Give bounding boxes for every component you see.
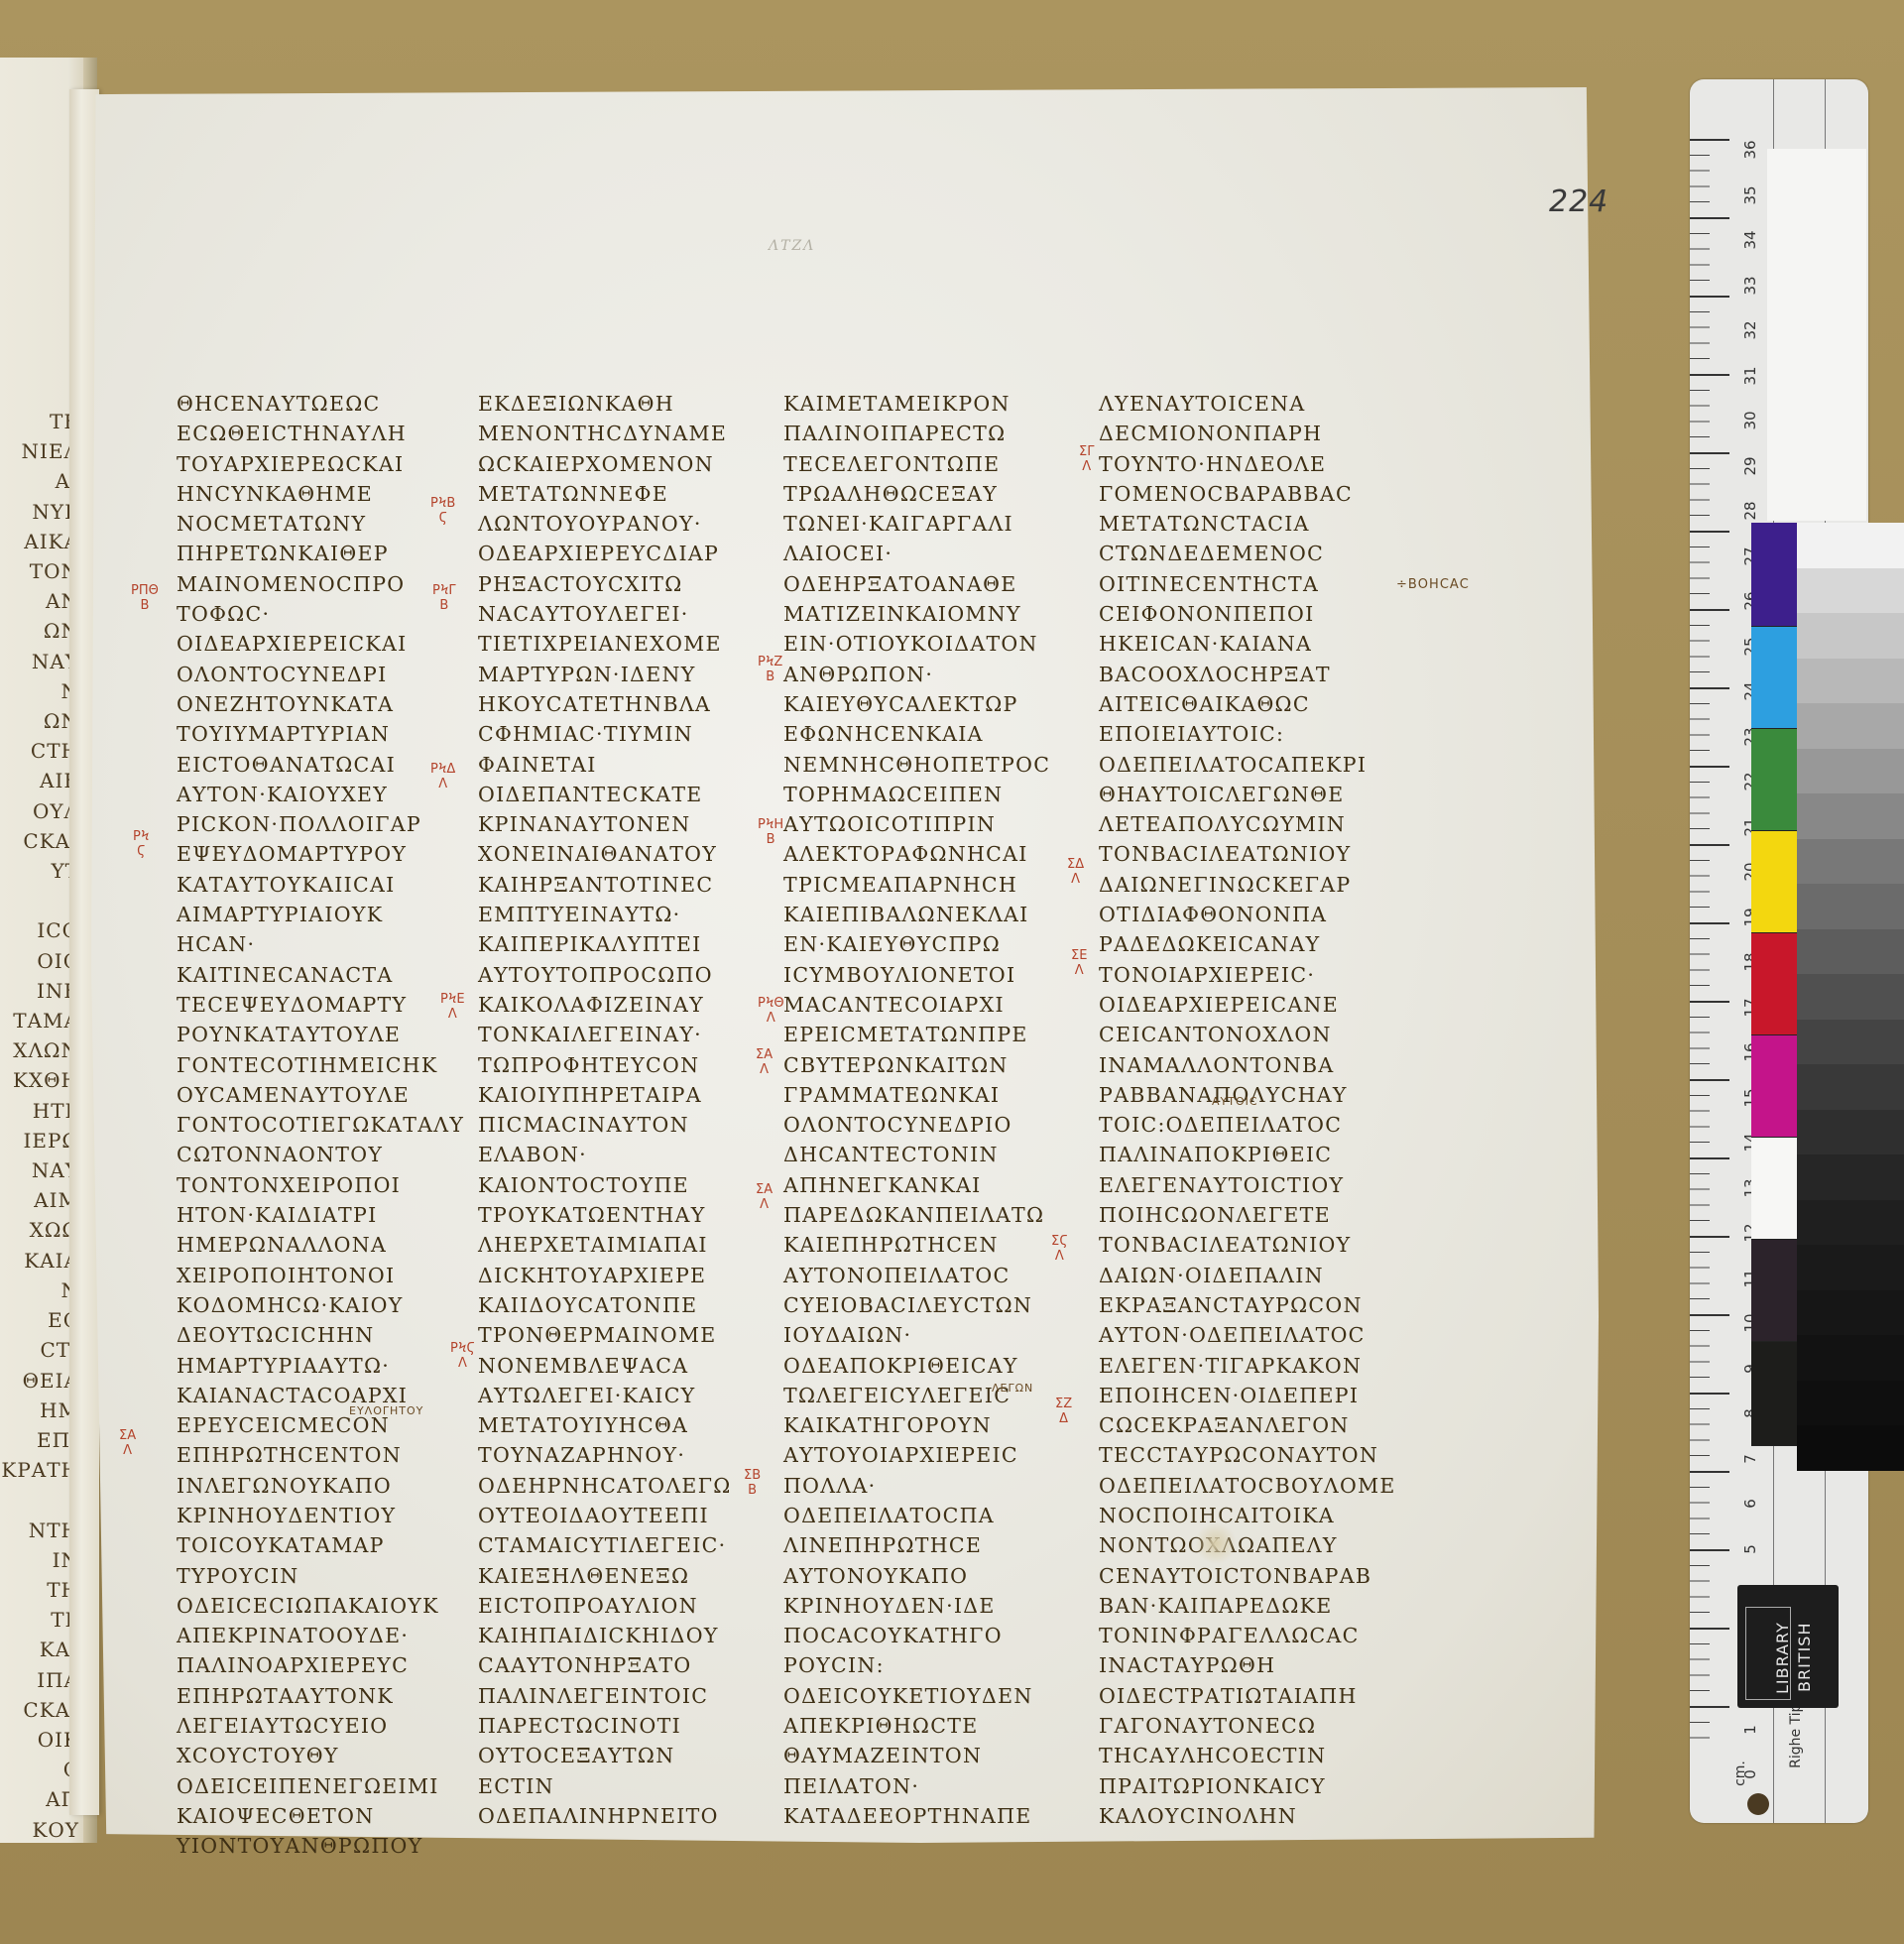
rubric-section-number: ΣΑΛ — [756, 1047, 773, 1077]
white-reference-card — [1767, 149, 1866, 521]
left-page-line: ϹΚΑΙ — [0, 826, 79, 856]
manuscript-line: ΕΝ·ΚΑΙΕΥΘΥϹΠΡΩ — [783, 929, 1050, 959]
manuscript-line: ΑΙΤΕΙϹΘΑΙΚΑΘΩϹ — [1099, 689, 1396, 719]
ruler-number: 33 — [1741, 273, 1759, 299]
manuscript-line: ΑΥΤΟΝΟΠΕΙΛΑΤΟϹ — [783, 1261, 1050, 1290]
manuscript-line: ΕΠΗΡΩΤΑΑΥΤΟΝΚ — [177, 1681, 464, 1711]
left-page-line: ΥΤ — [0, 856, 79, 886]
manuscript-line: ΜΕΤΑΤΟΥΙΥΗϹΘΑ — [478, 1410, 732, 1440]
manuscript-line: ΟΔΕΠΕΙΛΑΤΟϹΒΟΥΛΟΜΕ — [1099, 1471, 1396, 1501]
left-page-line: ΤΟΝ — [0, 556, 79, 586]
manuscript-line: ΝΑϹΑΥΤΟΥΛΕΓΕΙ· — [478, 599, 732, 629]
manuscript-line: ΚΑΛΟΥϹΙΝΟΛΗΝ — [1099, 1801, 1396, 1831]
british-library-label: BRITISH LIBRARY — [1737, 1585, 1839, 1708]
marginal-gloss-bottom: ΕΥΛΟΓΗΤΟΥ — [349, 1404, 423, 1417]
manuscript-line: ΧΕΙΡΟΠΟΙΗΤΟΝΟΙ — [177, 1261, 464, 1290]
manuscript-line: ΠΑΛΙΝΑΠΟΚΡΙΘΕΙϹ — [1099, 1140, 1396, 1169]
gray-step — [1797, 1020, 1904, 1065]
rubric-section-number: ΡϞΔΛ — [430, 762, 455, 791]
label-text-british: BRITISH — [1795, 1623, 1814, 1693]
color-patch — [1751, 933, 1803, 1035]
left-page-line: ΧΛΩΝ — [0, 1035, 79, 1065]
manuscript-line: ΕΙϹΤΟΘΑΝΑΤΩϹΑΙ — [177, 750, 464, 780]
manuscript-line: ΦΑΙΝΕΤΑΙ — [478, 750, 732, 780]
color-patch — [1751, 729, 1803, 831]
gray-step — [1797, 1335, 1904, 1381]
manuscript-line: ΑΥΤΟΝΟΥΚΑΠΟ — [783, 1561, 1050, 1591]
left-page-line: ΤΑΜΑ — [0, 1006, 79, 1035]
left-page-line: ϹΚΑΙ — [0, 1695, 79, 1725]
manuscript-line: ΟΝΕΖΗΤΟΥΝΚΑΤΑ — [177, 689, 464, 719]
manuscript-line: ΟΥΤΕΟΙΔΑΟΥΤΕΕΠΙ — [478, 1501, 732, 1530]
manuscript-line: ΚΑΙΚΑΤΗΓΟΡΟΥΝ — [783, 1410, 1050, 1440]
manuscript-line: ΙΝΑΜΑΛΛΟΝΤΟΝΒΑ — [1099, 1050, 1396, 1080]
ruler-number: 34 — [1741, 227, 1759, 253]
left-page-line: ΑΙ — [0, 466, 79, 496]
left-page-line: ΗΜ — [0, 1396, 79, 1425]
manuscript-line: ΝΟΝΕΜΒΛΕΨΑϹΑ — [478, 1351, 732, 1381]
manuscript-line: ΔΑΙΩΝΕΓΙΝΩϹΚΕΓΑΡ — [1099, 870, 1396, 900]
manuscript-line: ϹΕΝΑΥΤΟΙϹΤΟΝΒΑΡΑΒ — [1099, 1561, 1396, 1591]
manuscript-line: ΗΜΑΡΤΥΡΙΑΑΥΤΩ· — [177, 1351, 464, 1381]
gray-step — [1797, 703, 1904, 749]
manuscript-line: ΔΑΙΩΝ·ΟΙΔΕΠΑΛΙΝ — [1099, 1261, 1396, 1290]
left-page-line: ΕΠΙ — [0, 1425, 79, 1455]
manuscript-line: ΠΑΛΙΝΟΙΠΑΡΕϹΤΩ — [783, 419, 1050, 448]
manuscript-line: ΤΟΝΙΝΦΡΑΓΕΛΛΩϹΑϹ — [1099, 1621, 1396, 1650]
interlinear-gloss-col3: ΛΕΓΩΝ — [992, 1382, 1033, 1395]
manuscript-line: ΑΥΤΩΛΕΓΕΙ·ΚΑΙϹΥ — [478, 1381, 732, 1410]
gray-step — [1797, 1110, 1904, 1155]
manuscript-line: ΛΗΕΡΧΕΤΑΙΜΙΑΠΑΙ — [478, 1230, 732, 1260]
left-page-line: ΑΙΜ — [0, 1185, 79, 1215]
ruler-number: 32 — [1741, 317, 1759, 343]
manuscript-line: ΗϹΑΝ· — [177, 929, 464, 959]
rubric-section-number: ΡϞΒϚ — [430, 496, 455, 526]
manuscript-line: ΤΡΟΥΚΑΤΩΕΝΤΗΑΥ — [478, 1200, 732, 1230]
manuscript-line: ΙΝΑϹΤΑΥΡΩΘΗ — [1099, 1650, 1396, 1680]
left-page-line: ΙϹΟ — [0, 915, 79, 945]
manuscript-line: ΚΑΙΠΕΡΙΚΑΛΥΠΤΕΙ — [478, 929, 732, 959]
manuscript-line: ΤΗϹΑΥΛΗϹΟΕϹΤΙΝ — [1099, 1741, 1396, 1770]
manuscript-line: ΠΑΡΕΔΩΚΑΝΠΕΙΛΑΤΩ — [783, 1200, 1050, 1230]
rubric-section-number: ΣΔΛ — [1067, 857, 1084, 887]
manuscript-line: ΕΨΕΥΔΟΜΑΡΤΥΡΟΥ — [177, 839, 464, 869]
ruler-secondary-label: Righe Tip. — [1788, 1699, 1804, 1768]
manuscript-line: ΑΠΕΚΡΙΘΗΩϹΤΕ — [783, 1711, 1050, 1741]
left-page-line: Ϲ — [0, 1755, 79, 1784]
manuscript-line: ΠΙϹΜΑϹΙΝΑΥΤΟΝ — [478, 1110, 732, 1140]
ruler-number: 6 — [1741, 1491, 1759, 1517]
left-page-line: ΝΥΓ — [0, 497, 79, 527]
manuscript-line: ΑΥΤΟΥΟΙΑΡΧΙΕΡΕΙϹ — [783, 1440, 1050, 1470]
ruler-number: 36 — [1741, 137, 1759, 163]
manuscript-line: ΟΛΟΝΤΟϹΥΝΕΔΡΙ — [177, 660, 464, 689]
text-column-4: ΛΥΕΝΑΥΤΟΙϹΕΝΑΔΕϹΜΙΟΝΟΝΠΑΡΗΤΟΥΝΤΟ·ΗΝΔΕΟΛΕ… — [1099, 389, 1396, 1831]
manuscript-line: ϹΕΙϹΑΝΤΟΝΟΧΛΟΝ — [1099, 1020, 1396, 1049]
manuscript-line: ΠΑΛΙΝΟΑΡΧΙΕΡΕΥϹ — [177, 1650, 464, 1680]
left-page-line: ΤΡ — [0, 1605, 79, 1635]
ruler-major-ticks — [1690, 139, 1749, 1746]
manuscript-line: ΕϹΩΘΕΙϹΤΗΝΑΥΛΗ — [177, 419, 464, 448]
manuscript-line: ΚΑΙΤΙΝΕϹΑΝΑϹΤΑ — [177, 960, 464, 990]
manuscript-line: ΟΔΕΙϹΕϹΙΩΠΑΚΑΙΟΥΚ — [177, 1591, 464, 1621]
left-page-line: ΝΑΥ — [0, 1155, 79, 1185]
manuscript-line: ΝΟϹΜΕΤΑΤΩΝΥ — [177, 509, 464, 539]
text-column-3: ΚΑΙΜΕΤΑΜΕΙΚΡΟΝΠΑΛΙΝΟΙΠΑΡΕϹΤΩΤΕϹΕΛΕΓΟΝΤΩΠ… — [783, 389, 1050, 1831]
manuscript-line: ΛΕΤΕΑΠΟΛΥϹΩΥΜΙΝ — [1099, 809, 1396, 839]
manuscript-line: ϹΤΑΜΑΙϹΥΤΙΛΕΓΕΙϹ· — [478, 1530, 732, 1560]
manuscript-line: ΟΔΕΗΡΞΑΤΟΑΝΑΘΕ — [783, 569, 1050, 599]
gray-step — [1797, 613, 1904, 659]
manuscript-line: ΚΑΙΕΥΘΥϹΑΛΕΚΤΩΡ — [783, 689, 1050, 719]
rubric-section-number: ΡΠΘΒ — [131, 583, 159, 613]
manuscript-line: ΕΡΕΙϹΜΕΤΑΤΩΝΠΡΕ — [783, 1020, 1050, 1049]
manuscript-line: ΚΡΙΝΗΟΥΔΕΝΤΙΟΥ — [177, 1501, 464, 1530]
manuscript-line: ϹΒΥΤΕΡΩΝΚΑΙΤΩΝ — [783, 1050, 1050, 1080]
gray-step — [1797, 793, 1904, 839]
left-page-line: ΝΙΕΛ — [0, 436, 79, 466]
manuscript-line: ΝΟΝΤΩΟΧΛΩΑΠΕΛΥ — [1099, 1530, 1396, 1560]
manuscript-line: ΠΡΑΙΤΩΡΙΟΝΚΑΙϹΥ — [1099, 1771, 1396, 1801]
ruler-number: 30 — [1741, 408, 1759, 433]
rubric-section-number: ΡϞΗΒ — [758, 817, 783, 847]
manuscript-line: ΚΟΔΟΜΗϹΩ·ΚΑΙΟΥ — [177, 1290, 464, 1320]
rubric-section-number: ΡϞϚ — [133, 829, 149, 859]
left-page-line: ΚΧΘΗ — [0, 1065, 79, 1095]
manuscript-line: ΟΔΕΗΡΝΗϹΑΤΟΛΕΓΩ — [478, 1471, 732, 1501]
manuscript-line: ΑΥΤΟΝ·ΟΔΕΠΕΙΛΑΤΟϹ — [1099, 1320, 1396, 1350]
ruler-number: 29 — [1741, 453, 1759, 479]
manuscript-line: ΠΗΡΕΤΩΝΚΑΙΘΕΡ — [177, 539, 464, 568]
manuscript-line: ΚΑΙΙΔΟΥϹΑΤΟΝΠΕ — [478, 1290, 732, 1320]
manuscript-line: ΘΑΥΜΑΖΕΙΝΤΟΝ — [783, 1741, 1050, 1770]
left-page-line: ΤΗ — [0, 1575, 79, 1605]
manuscript-line: ΚΡΙΝΗΟΥΔΕΝ·ΙΔΕ — [783, 1591, 1050, 1621]
manuscript-line: ΡΟΥΝΚΑΤΑΥΤΟΥΛΕ — [177, 1020, 464, 1049]
left-page-line: ϹΤΙ — [0, 1335, 79, 1365]
manuscript-line: ΗΚΟΥϹΑΤΕΤΗΝΒΛΑ — [478, 689, 732, 719]
left-page-line: ΚΑΙΑ — [0, 1246, 79, 1276]
manuscript-line: ΧΟΝΕΙΝΑΙΘΑΝΑΤΟΥ — [478, 839, 732, 869]
gray-step — [1797, 1381, 1904, 1426]
manuscript-line: ΟΛΟΝΤΟϹΥΝΕΔΡΙΟ — [783, 1110, 1050, 1140]
manuscript-line: ΟΥΤΟϹΕΞΑΥΤΩΝ — [478, 1741, 732, 1770]
gray-step — [1797, 749, 1904, 794]
manuscript-line: ΟΔΕΠΕΙΛΑΤΟϹΑΠΕΚΡΙ — [1099, 750, 1396, 780]
manuscript-line: ΤΟΝΚΑΙΛΕΓΕΙΝΑΥ· — [478, 1020, 732, 1049]
manuscript-line: ΕϹΤΙΝ — [478, 1771, 732, 1801]
manuscript-line: ΜΑΙΝΟΜΕΝΟϹΠΡΟ — [177, 569, 464, 599]
faint-top-mark: ΛΤΖΛ — [769, 238, 815, 254]
manuscript-line: ΓΟΜΕΝΟϹΒΑΡΑΒΒΑϹ — [1099, 479, 1396, 509]
left-page-line: ΚΑΙ — [0, 1635, 79, 1664]
manuscript-line: ΩϹΚΑΙΕΡΧΟΜΕΝΟΝ — [478, 449, 732, 479]
manuscript-line: ϹΥΕΙΟΒΑϹΙΛΕΥϹΤΩΝ — [783, 1290, 1050, 1320]
manuscript-line: ΤΟΝΒΑϹΙΛΕΑΤΩΝΙΟΥ — [1099, 839, 1396, 869]
manuscript-line: ΟΤΙΔΙΑΦΘΟΝΟΝΠΑ — [1099, 900, 1396, 929]
manuscript-line: ΗΝϹΥΝΚΑΘΗΜΕ — [177, 479, 464, 509]
manuscript-line: ΒΑΝ·ΚΑΙΠΑΡΕΔΩΚΕ — [1099, 1591, 1396, 1621]
manuscript-line: ΤΟΥΑΡΧΙΕΡΕΩϹΚΑΙ — [177, 449, 464, 479]
manuscript-line: ΕΚΔΕΞΙΩΝΚΑΘΗ — [478, 389, 732, 419]
manuscript-line: ΚΑΙΟΙΥΠΗΡΕΤΑΙΡΑ — [478, 1080, 732, 1110]
manuscript-line: ΧϹΟΥϹΤΟΥΘΥ — [177, 1741, 464, 1770]
left-page-line: ΚΡΑΤΗ — [0, 1455, 79, 1485]
manuscript-line: ΔΗϹΑΝΤΕϹΤΟΝΙΝ — [783, 1140, 1050, 1169]
left-page-line: ΑΙΕ — [0, 766, 79, 795]
manuscript-line: ΚΑΙΟΝΤΟϹΤΟΥΠΕ — [478, 1170, 732, 1200]
manuscript-line: ΡΑΔΕΔΩΚΕΙϹΑΝΑΥ — [1099, 929, 1396, 959]
manuscript-line: ΓΟΝΤΟϹΟΤΙΕΓΩΚΑΤΑΛΥ — [177, 1110, 464, 1140]
manuscript-line: ΤΥΡΟΥϹΙΝ — [177, 1561, 464, 1591]
gray-step — [1797, 1064, 1904, 1110]
left-page-line: ΗΤΡ — [0, 1096, 79, 1126]
manuscript-line: ΕΙϹΤΟΠΡΟΑΥΛΙΟΝ — [478, 1591, 732, 1621]
manuscript-line: ΑΥΤΟΝ·ΚΑΙΟΥΧΕΥ — [177, 780, 464, 809]
manuscript-line: ΔΕϹΜΙΟΝΟΝΠΑΡΗ — [1099, 419, 1396, 448]
left-page-line: ΑΠ — [0, 1784, 79, 1814]
folio-number: 224 — [1549, 184, 1608, 219]
manuscript-line: ΓΟΝΤΕϹΟΤΙΗΜΕΙϹΗΚ — [177, 1050, 464, 1080]
left-page-line: ΙΕΡΩ — [0, 1126, 79, 1155]
manuscript-line: ΕΠΗΡΩΤΗϹΕΝΤΟΝ — [177, 1440, 464, 1470]
gray-step — [1797, 1200, 1904, 1246]
manuscript-line: ΙϹΥΜΒΟΥΛΙΟΝΕΤΟΙ — [783, 960, 1050, 990]
manuscript-line: ΕΦΩΝΗϹΕΝΚΑΙΑ — [783, 719, 1050, 749]
manuscript-line: ΤΟΥΙΥΜΑΡΤΥΡΙΑΝ — [177, 719, 464, 749]
color-patch — [1751, 831, 1803, 933]
manuscript-line: ΕΛΕΓΕΝΑΥΤΟΙϹΤΙΟΥ — [1099, 1170, 1396, 1200]
manuscript-line: ΕΛΕΓΕΝ·ΤΙΓΑΡΚΑΚΟΝ — [1099, 1351, 1396, 1381]
manuscript-line: ΕΛΑΒΟΝ· — [478, 1140, 732, 1169]
manuscript-line: ΛΥΕΝΑΥΤΟΙϹΕΝΑ — [1099, 389, 1396, 419]
manuscript-line: ΤΟΙϹΟΥΚΑΤΑΜΑΡ — [177, 1530, 464, 1560]
rubric-section-number: ΣΒΒ — [744, 1468, 761, 1498]
manuscript-line: ΜΕΝΟΝΤΗϹΔΥΝΑΜΕ — [478, 419, 732, 448]
manuscript-line: ΑΠΗΝΕΓΚΑΝΚΑΙ — [783, 1170, 1050, 1200]
gray-step — [1797, 568, 1904, 614]
manuscript-line: ΟΔΕΑΡΧΙΕΡΕΥϹΔΙΑΡ — [478, 539, 732, 568]
manuscript-line: ΟΙΔΕΑΡΧΙΕΡΕΙϹΑΝΕ — [1099, 990, 1396, 1020]
manuscript-line: ΕΜΠΤΥΕΙΝΑΥΤΩ· — [478, 900, 732, 929]
gray-step — [1797, 523, 1904, 568]
manuscript-line: ϹΦΗΜΙΑϹ·ΤΙΥΜΙΝ — [478, 719, 732, 749]
manuscript-line: ΟΙΤΙΝΕϹΕΝΤΗϹΤΑ — [1099, 569, 1396, 599]
manuscript-line: ΓΑΓΟΝΑΥΤΟΝΕϹΩ — [1099, 1711, 1396, 1741]
rubric-section-number: ΣϚΛ — [1051, 1234, 1068, 1264]
rubric-section-number: ΡϞϚΛ — [450, 1341, 475, 1371]
manuscript-line: ΤΙΕΤΙΧΡΕΙΑΝΕΧΟΜΕ — [478, 629, 732, 659]
left-page-line: ΑΙΚΑ — [0, 527, 79, 556]
ruler-number: 35 — [1741, 182, 1759, 208]
ruler-number: 7 — [1741, 1446, 1759, 1472]
gray-step — [1797, 1290, 1904, 1336]
manuscript-line: ΜΑΤΙΖΕΙΝΚΑΙΟΜΝΥ — [783, 599, 1050, 629]
manuscript-line: ϹΩΤΟΝΝΑΟΝΤΟΥ — [177, 1140, 464, 1169]
manuscript-line: ΑΝΘΡΩΠΟΝ· — [783, 660, 1050, 689]
manuscript-line: ΟΥϹΑΜΕΝΑΥΤΟΥΛΕ — [177, 1080, 464, 1110]
manuscript-line: ΟΙΔΕϹΤΡΑΤΙΩΤΑΙΑΠΗ — [1099, 1681, 1396, 1711]
manuscript-line: ΛΩΝΤΟΥΟΥΡΑΝΟΥ· — [478, 509, 732, 539]
left-page-line: ΤΕ — [0, 407, 79, 436]
gray-step — [1797, 839, 1904, 885]
color-patch — [1751, 1138, 1803, 1240]
manuscript-line: ΛΙΝΕΠΗΡΩΤΗϹΕ — [783, 1530, 1050, 1560]
manuscript-line: ΥΙΟΝΤΟΥΑΝΘΡΩΠΟΥ — [177, 1831, 464, 1861]
manuscript-line: ΠΟϹΑϹΟΥΚΑΤΗΓΟ — [783, 1621, 1050, 1650]
manuscript-line: ΟΙΔΕΠΑΝΤΕϹΚΑΤΕ — [478, 780, 732, 809]
left-page-line: ΩΝ — [0, 706, 79, 736]
color-patch — [1751, 1342, 1803, 1446]
manuscript-line: ΤΡΙϹΜΕΑΠΑΡΝΗϹΗ — [783, 870, 1050, 900]
manuscript-line: ΡΟΥϹΙΝ: — [783, 1650, 1050, 1680]
manuscript-line: ΟΔΕΙϹΟΥΚΕΤΙΟΥΔΕΝ — [783, 1681, 1050, 1711]
manuscript-line: ΑΥΤΩΟΙϹΟΤΙΠΡΙΝ — [783, 809, 1050, 839]
manuscript-line: ΠΑΛΙΝΛΕΓΕΙΝΤΟΙϹ — [478, 1681, 732, 1711]
left-page-line: ΘΕΙΑ — [0, 1366, 79, 1396]
manuscript-line: ΘΗϹΕΝΑΥΤΩΕΩϹ — [177, 389, 464, 419]
left-page-text: ΤΕΝΙΕΛΑΙΝΥΓΑΙΚΑΤΟΝΑΝΩΝΝΑΥΝΩΝϹΤΗΑΙΕΟΥΛϹΚΑ… — [0, 407, 79, 1845]
grayscale-calibration-strip — [1797, 523, 1904, 1471]
left-page-line: ΝΤΗ — [0, 1516, 79, 1545]
left-page-line: Ν — [0, 676, 79, 706]
manuscript-line: ΜΕΤΑΤΩΝϹΤΑϹΙΑ — [1099, 509, 1396, 539]
text-column-1: ΘΗϹΕΝΑΥΤΩΕΩϹΕϹΩΘΕΙϹΤΗΝΑΥΛΗΤΟΥΑΡΧΙΕΡΕΩϹΚΑ… — [177, 389, 464, 1862]
manuscript-line: ΑΥΤΟΥΤΟΠΡΟϹΩΠΟ — [478, 960, 732, 990]
manuscript-line: ΤΟΡΗΜΑΩϹΕΙΠΕΝ — [783, 780, 1050, 809]
manuscript-line: ΚΑΤΑΔΕΕΟΡΤΗΝΑΠΕ — [783, 1801, 1050, 1831]
manuscript-line: ΤΡΟΝΘΕΡΜΑΙΝΟΜΕ — [478, 1320, 732, 1350]
rubric-section-number: ΡϞΘΛ — [758, 996, 784, 1026]
manuscript-line: ΗΚΕΙϹΑΝ·ΚΑΙΑΝΑ — [1099, 629, 1396, 659]
rubric-section-number: ΡϞΓΒ — [432, 583, 456, 613]
gray-step — [1797, 884, 1904, 929]
manuscript-line: ΟΔΕΠΑΛΙΝΗΡΝΕΙΤΟ — [478, 1801, 732, 1831]
manuscript-line: ΕΠΟΙΗϹΕΝ·ΟΙΔΕΠΕΡΙ — [1099, 1381, 1396, 1410]
manuscript-line: ΔΙϹΚΗΤΟΥΑΡΧΙΕΡΕ — [478, 1261, 732, 1290]
manuscript-line: ΝΟϹΠΟΙΗϹΑΙΤΟΙΚΑ — [1099, 1501, 1396, 1530]
left-page-line: ΙΝΕ — [0, 976, 79, 1006]
manuscript-line: ΑΙΜΑΡΤΥΡΙΑΙΟΥΚ — [177, 900, 464, 929]
manuscript-line: ΙΟΥΔΑΙΩΝ· — [783, 1320, 1050, 1350]
left-page-line: ΝΑΥ — [0, 647, 79, 676]
manuscript-line: ΕΙΝ·ΟΤΙΟΥΚΟΙΔΑΤΟΝ — [783, 629, 1050, 659]
ruler-number: 1 — [1741, 1717, 1759, 1743]
rubric-section-number: ΣΑΛ — [756, 1182, 773, 1212]
manuscript-line: ΒΑϹΟΟΧΛΟϹΗΡΞΑΤ — [1099, 660, 1396, 689]
rubric-section-number: ΣΕΛ — [1071, 948, 1087, 978]
manuscript-line: ΚΑΙΕΞΗΛΘΕΝΕΞΩ — [478, 1561, 732, 1591]
ruler-number: 31 — [1741, 363, 1759, 389]
manuscript-line: ΘΗΑΥΤΟΙϹΛΕΓΩΝΘΕ — [1099, 780, 1396, 809]
color-calibration-patches — [1751, 523, 1803, 1446]
manuscript-line: ΟΔΕΠΕΙΛΑΤΟϹΠΑ — [783, 1501, 1050, 1530]
manuscript-line: ΗΤΟΝ·ΚΑΙΔΙΑΤΡΙ — [177, 1200, 464, 1230]
manuscript-line: ΜΑϹΑΝΤΕϹΟΙΑΡΧΙ — [783, 990, 1050, 1020]
manuscript-line: ΔΕΟΥΤΩϹΙϹΗΗΝ — [177, 1320, 464, 1350]
manuscript-line: ΠΕΙΛΑΤΟΝ· — [783, 1771, 1050, 1801]
manuscript-line: ΤΕϹΕΨΕΥΔΟΜΑΡΤΥ — [177, 990, 464, 1020]
manuscript-line: ΤΟΝΤΟΝΧΕΙΡΟΠΟΙ — [177, 1170, 464, 1200]
manuscript-line: ΠΟΛΛΑ· — [783, 1471, 1050, 1501]
manuscript-line: ΗΜΕΡΩΝΑΛΛΟΝΑ — [177, 1230, 464, 1260]
manuscript-line: ΤΟΥΝΤΟ·ΗΝΔΕΟΛΕ — [1099, 449, 1396, 479]
manuscript-line: ΛΑΙΟϹΕΙ· — [783, 539, 1050, 568]
manuscript-line: ΕΚΡΑΞΑΝϹΤΑΥΡΩϹΟΝ — [1099, 1290, 1396, 1320]
manuscript-line: ΚΑΙΜΕΤΑΜΕΙΚΡΟΝ — [783, 389, 1050, 419]
color-patch — [1751, 523, 1803, 627]
manuscript-line: ΤΟΥΝΑΖΑΡΗΝΟΥ· — [478, 1440, 732, 1470]
manuscript-line: ΙΝΛΕΓΩΝΟΥΚΑΠΟ — [177, 1471, 464, 1501]
manuscript-line: ΚΑΙΗΠΑΙΔΙϹΚΗΙΔΟΥ — [478, 1621, 732, 1650]
left-page-line — [0, 1485, 79, 1515]
manuscript-line: ΚΑΤΑΥΤΟΥΚΑΙΙϹΑΙ — [177, 870, 464, 900]
manuscript-line: ΜΑΡΤΥΡΩΝ·ΙΔΕΝΥ — [478, 660, 732, 689]
manuscript-line: ϹΑΑΥΤΟΝΗΡΞΑΤΟ — [478, 1650, 732, 1680]
interlinear-gloss-col4: ΑΥΤΟΙϹ — [1212, 1095, 1258, 1108]
manuscript-line: ΤΟΝΒΑϹΙΛΕΑΤΩΝΙΟΥ — [1099, 1230, 1396, 1260]
rubric-section-number: ΡϞΖΒ — [758, 655, 782, 684]
manuscript-line: ΤΟΦΩϹ· — [177, 599, 464, 629]
manuscript-line: ΚΑΙΕΠΗΡΩΤΗϹΕΝ — [783, 1230, 1050, 1260]
left-page-line: ΙΝ — [0, 1545, 79, 1575]
manuscript-line: ΡΗΞΑϹΤΟΥϹΧΙΤΩ — [478, 569, 732, 599]
text-column-2: ΕΚΔΕΞΙΩΝΚΑΘΗΜΕΝΟΝΤΗϹΔΥΝΑΜΕΩϹΚΑΙΕΡΧΟΜΕΝΟΝ… — [478, 389, 732, 1831]
manuscript-line: ΚΑΙΗΡΞΑΝΤΟΤΙΝΕϹ — [478, 870, 732, 900]
parchment-stain — [1195, 1522, 1237, 1564]
manuscript-line: ΓΡΑΜΜΑΤΕΩΝΚΑΙ — [783, 1080, 1050, 1110]
marginal-gloss-right: ÷ΒΟΗϹΑϹ — [1396, 577, 1470, 592]
manuscript-line: ΝΕΜΝΗϹΘΗΟΠΕΤΡΟϹ — [783, 750, 1050, 780]
gray-step — [1797, 929, 1904, 975]
gray-step — [1797, 1154, 1904, 1200]
manuscript-line: ΑΠΕΚΡΙΝΑΤΟΟΥΔΕ· — [177, 1621, 464, 1650]
manuscript-line: ΚΑΙΕΠΙΒΑΛΩΝΕΚΛΑΙ — [783, 900, 1050, 929]
manuscript-line: ΤΩΠΡΟΦΗΤΕΥϹΟΝ — [478, 1050, 732, 1080]
manuscript-line: ΠΑΡΕϹΤΩϹΙΝΟΤΙ — [478, 1711, 732, 1741]
manuscript-line: ΟΙΔΕΑΡΧΙΕΡΕΙϹΚΑΙ — [177, 629, 464, 659]
rubric-section-number: ΣΓΛ — [1079, 444, 1094, 474]
manuscript-line: ΤΟΙϹ:ΟΔΕΠΕΙΛΑΤΟϹ — [1099, 1110, 1396, 1140]
manuscript-line: ΟΔΕΙϹΕΙΠΕΝΕΓΩΕΙΜΙ — [177, 1771, 464, 1801]
rubric-section-number: ΡϞΕΛ — [440, 992, 465, 1022]
color-patch — [1751, 1240, 1803, 1342]
left-page-line — [0, 886, 79, 915]
left-page-line: ϹΤΗ — [0, 736, 79, 766]
ruler-number: 28 — [1741, 498, 1759, 524]
color-patch — [1751, 1035, 1803, 1138]
gray-step — [1797, 1425, 1904, 1471]
left-page-line: ΩΝ — [0, 616, 79, 646]
manuscript-line: ΚΑΙΚΟΛΑΦΙΖΕΙΝΑΥ — [478, 990, 732, 1020]
manuscript-line: ΕΠΟΙΕΙΑΥΤΟΙϹ: — [1099, 719, 1396, 749]
left-page-line: ΕϹ — [0, 1305, 79, 1335]
ruler-number: 5 — [1741, 1536, 1759, 1562]
left-page-line: ΟΙΚ — [0, 1725, 79, 1755]
left-page-line: ΧΩΩ — [0, 1215, 79, 1245]
left-page-line: ΙΠΑ — [0, 1665, 79, 1695]
manuscript-line: ΚΡΙΝΑΝΑΥΤΟΝΕΝ — [478, 809, 732, 839]
manuscript-line: ΤΟΝΟΙΑΡΧΙΕΡΕΙϹ· — [1099, 960, 1396, 990]
ruler-hole — [1747, 1793, 1769, 1815]
color-patch — [1751, 627, 1803, 729]
gray-step — [1797, 659, 1904, 704]
left-page-line: ΟΥΛ — [0, 796, 79, 826]
gray-step — [1797, 1245, 1904, 1290]
manuscript-line: ϹΤΩΝΔΕΔΕΜΕΝΟϹ — [1099, 539, 1396, 568]
rubric-section-number: ΣΑΛ — [119, 1428, 136, 1458]
